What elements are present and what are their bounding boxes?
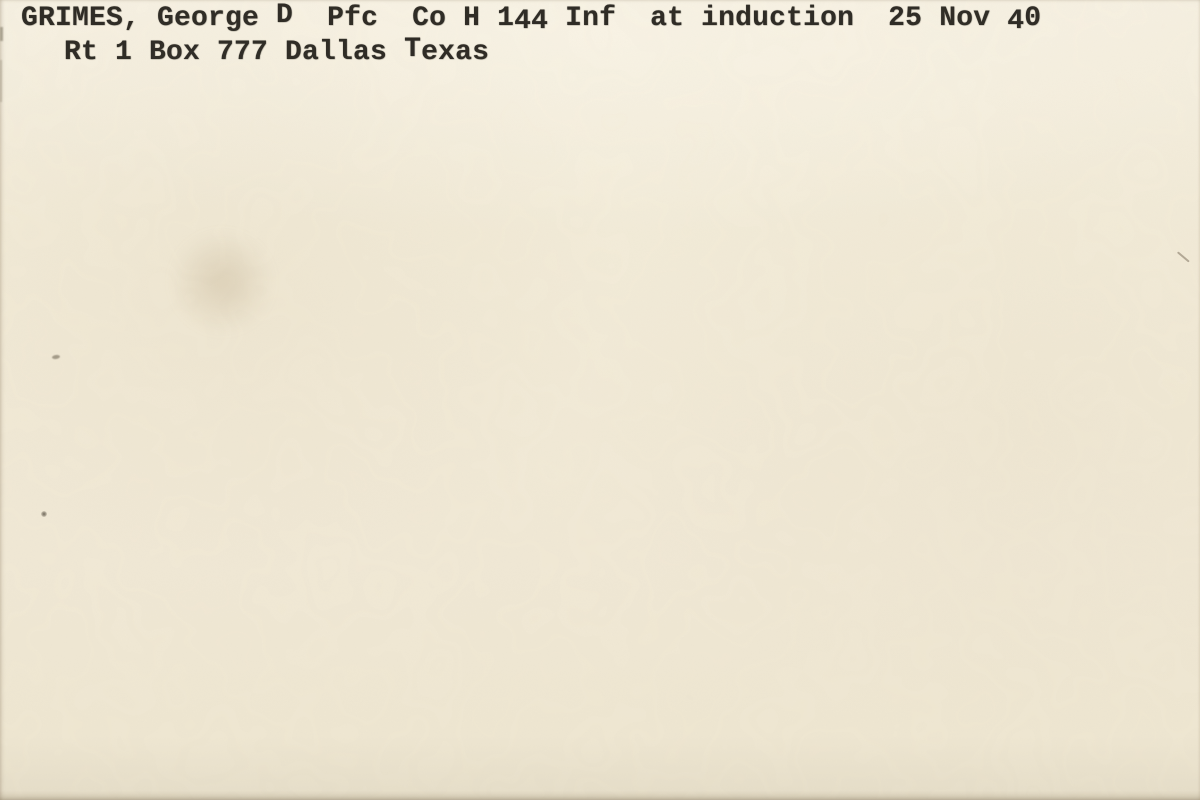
typed-line-address: Rt 1 Box 777 Dallas Texas bbox=[64, 36, 489, 70]
ink-speck bbox=[41, 511, 47, 517]
left-edge-mark bbox=[0, 27, 3, 41]
typed-line-name-rank-unit-date: GRIMES, George D Pfc Co H 144 Inf at ind… bbox=[21, 2, 1041, 36]
scanned-index-card: GRIMES, George D Pfc Co H 144 Inf at ind… bbox=[0, 0, 1200, 800]
paper-grain-texture bbox=[0, 0, 1200, 800]
paper-speck bbox=[52, 354, 60, 359]
paper-stain bbox=[172, 232, 272, 332]
hairline-scratch bbox=[1177, 251, 1189, 262]
left-edge-shadow bbox=[0, 60, 2, 102]
